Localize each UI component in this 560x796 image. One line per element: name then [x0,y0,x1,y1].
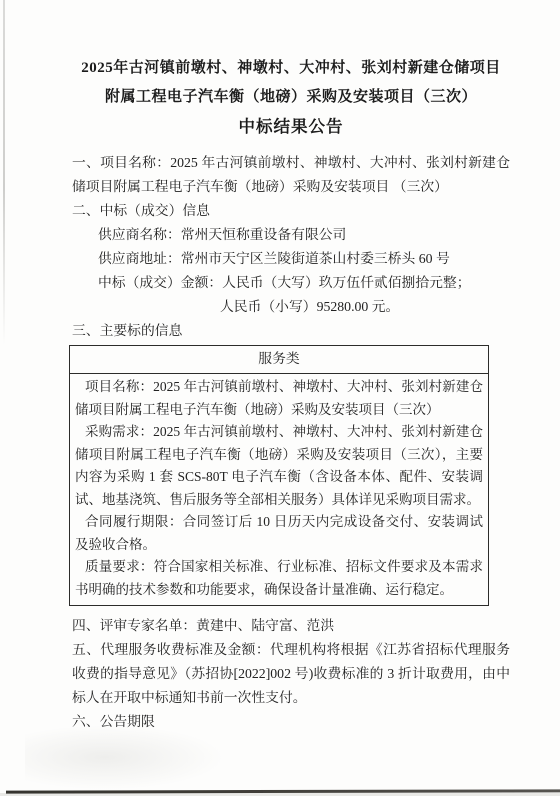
table-header-service-category: 服务类 [70,346,488,374]
section-5-agency-fee-paragraph: 五、代理服务收费标准及金额：代理机构将根据《江苏省招标代理服务收费的指导意见》（… [72,638,510,710]
table-paragraph-procurement-demand: 采购需求：2025 年古河镇前墩村、神墩村、大冲村、张刘村新建仓储项目附属工程电… [75,421,483,511]
scan-smudge [25,725,225,790]
subject-info-table: 服务类 项目名称：2025 年古河镇前墩村、神墩村、大冲村、张刘村新建仓储项目附… [69,345,489,606]
section-2-heading: 二、中标（成交）信息 [72,199,510,223]
document-body: 一、项目名称：2025 年古河镇前墩村、神墩村、大冲村、张刘村新建仓储项目附属工… [72,151,510,734]
table-paragraph-project-name: 项目名称：2025 年古河镇前墩村、神墩村、大冲村、张刘村新建仓储项目附属工程电… [75,376,483,421]
section-1-paragraph: 一、项目名称：2025 年古河镇前墩村、神墩村、大冲村、张刘村新建仓储项目附属工… [72,151,510,199]
title-line-3: 中标结果公告 [72,112,510,141]
section-6-heading: 六、公告期限 [72,710,510,734]
award-amount-words-line: 中标（成交）金额：人民币（大写）玖万伍仟贰佰捌拾元整； [98,271,510,295]
document-page: 2025年古河镇前墩村、神墩村、大冲村、张刘村新建仓储项目 附属工程电子汽车衡（… [0,0,560,796]
title-line-2: 附属工程电子汽车衡（地磅）采购及安装项目（三次） [72,83,510,112]
table-body-cell: 项目名称：2025 年古河镇前墩村、神墩村、大冲村、张刘村新建仓储项目附属工程电… [70,374,488,605]
section-4-experts-line: 四、评审专家名单：黄建中、陆守富、范洪 [72,614,510,638]
document-content: 2025年古河镇前墩村、神墩村、大冲村、张刘村新建仓储项目 附属工程电子汽车衡（… [72,54,510,734]
award-info-block: 供应商名称：常州天恒称重设备有限公司 供应商地址：常州市天宁区兰陵街道茶山村委三… [98,223,510,319]
section-3-heading: 三、主要标的信息 [72,319,510,343]
doc-title: 2025年古河镇前墩村、神墩村、大冲村、张刘村新建仓储项目 附属工程电子汽车衡（… [72,54,510,141]
table-paragraph-contract-period: 合同履行期限：合同签订后 10 日历天内完成设备交付、安装调试及验收合格。 [75,511,483,556]
supplier-address-line: 供应商地址：常州市天宁区兰陵街道茶山村委三桥头 60 号 [98,247,510,271]
supplier-name-line: 供应商名称：常州天恒称重设备有限公司 [98,223,510,247]
table-paragraph-quality-requirement: 质量要求：符合国家相关标准、行业标准、招标文件要求及本需求书明确的技术参数和功能… [75,556,483,601]
scan-left-edge-artifact [3,0,5,345]
title-line-1: 2025年古河镇前墩村、神墩村、大冲村、张刘村新建仓储项目 [72,54,510,83]
award-amount-figures-line: 人民币（小写）95280.00 元。 [220,295,510,319]
after-table-sections: 四、评审专家名单：黄建中、陆守富、范洪 五、代理服务收费标准及金额：代理机构将根… [72,614,510,734]
